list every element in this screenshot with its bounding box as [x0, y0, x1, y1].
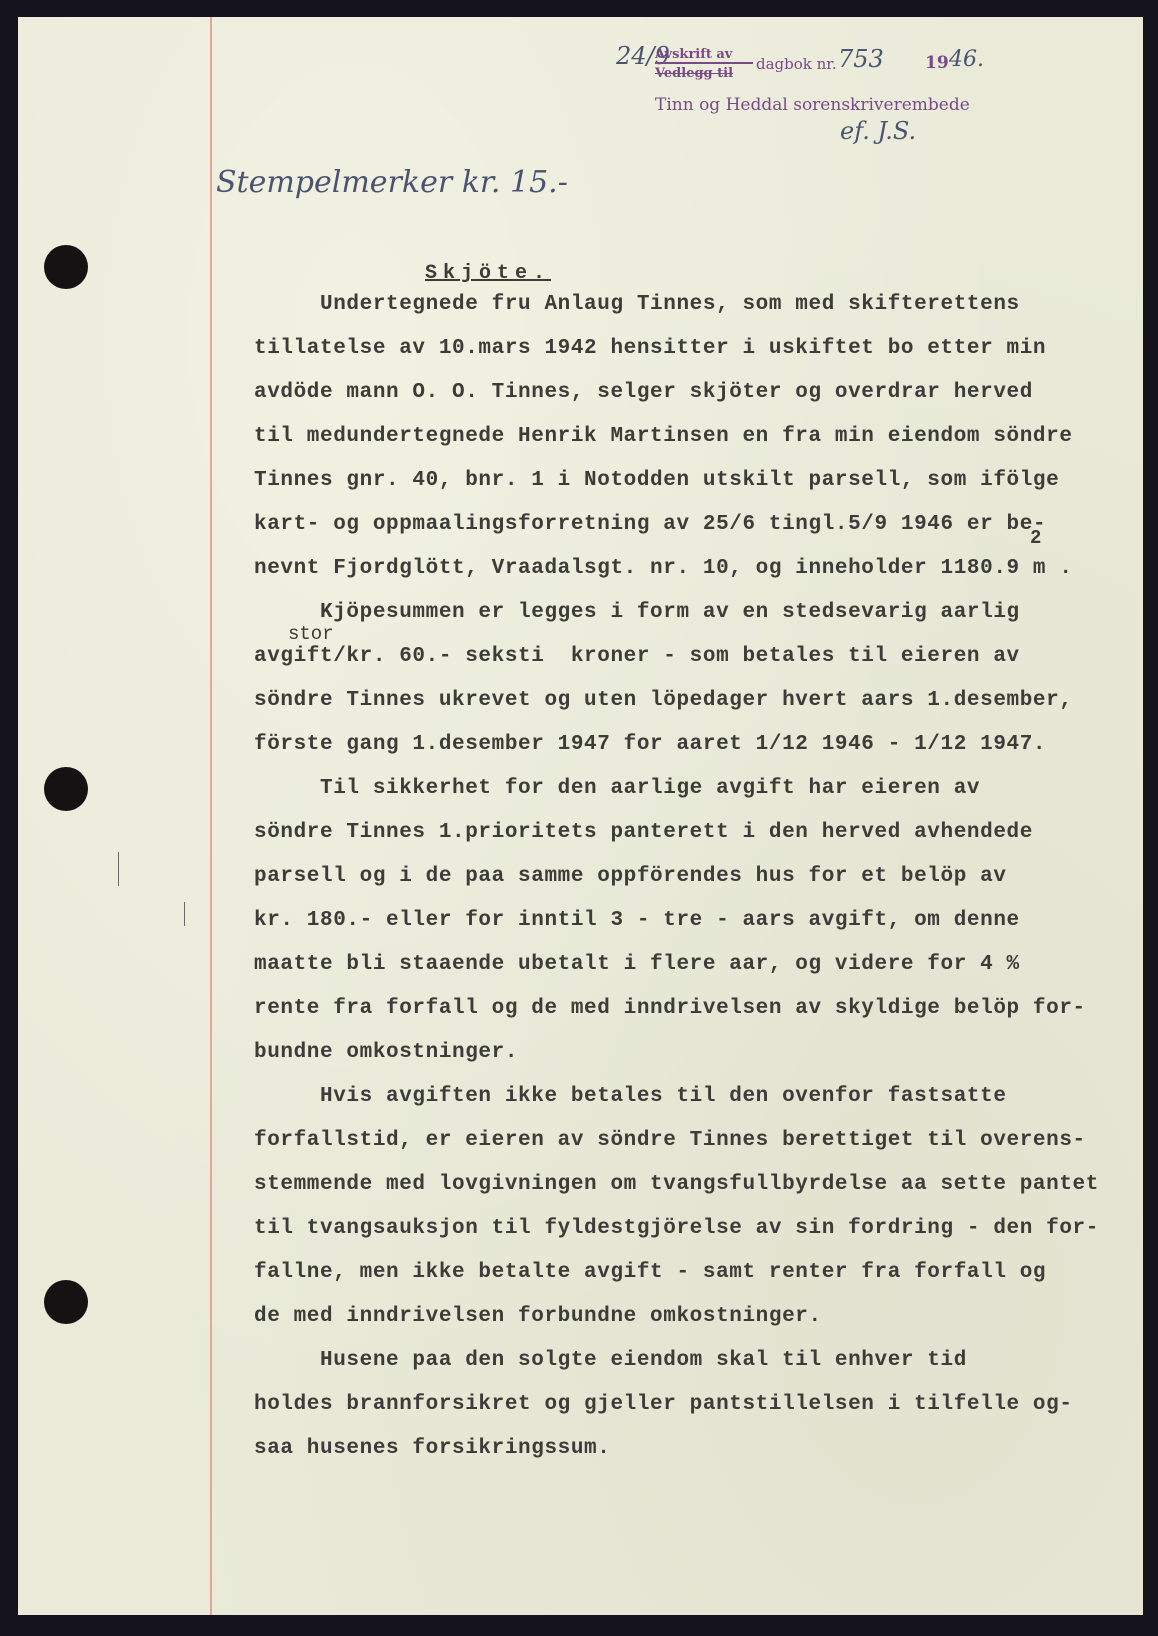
body-line: Hvis avgiften ikke betales til den ovenf… — [254, 1085, 1007, 1108]
body-line: söndre Tinnes ukrevet og uten löpedager … — [254, 689, 1073, 712]
punch-hole-icon — [44, 767, 88, 811]
body-line: Undertegnede fru Anlaug Tinnes, som med … — [254, 293, 1020, 316]
body-line: söndre Tinnes 1.prioritets panterett i d… — [254, 821, 1033, 844]
interlinear-insert: stor — [288, 623, 334, 645]
stamp-block: Avskrift av Vedlegg til — [655, 47, 753, 81]
year-prefix: 19 — [925, 53, 949, 73]
document-page: 24/9 Avskrift av Vedlegg til dagbok nr. … — [18, 17, 1143, 1615]
stamp-line2: Vedlegg til — [655, 66, 753, 81]
pencil-mark — [184, 902, 185, 926]
body-line: saa husenes forsikringssum. — [254, 1437, 610, 1460]
body-line: bundne omkostninger. — [254, 1041, 518, 1064]
body-line: Til sikkerhet for den aarlige avgift har… — [254, 777, 980, 800]
dagbok-number: 753 — [838, 45, 884, 73]
body-line: kart- og oppmaalingsforretning av 25/6 t… — [254, 513, 1046, 536]
body-line: de med inndrivelsen forbundne omkostning… — [254, 1305, 822, 1328]
body-line: förste gang 1.desember 1947 for aaret 1/… — [254, 733, 1046, 756]
punch-hole-icon — [44, 245, 88, 289]
office-name: Tinn og Heddal sorenskriverembede — [655, 95, 970, 115]
handwritten-note: Stempelmerker kr. 15.- — [216, 165, 568, 200]
superscript-2: 2 — [1030, 527, 1041, 549]
body-line: stemmende med lovgivningen om tvangsfull… — [254, 1173, 1099, 1196]
pencil-mark — [118, 852, 119, 886]
body-line: fallne, men ikke betalte avgift - samt r… — [254, 1261, 1046, 1284]
initials: ef. J.S. — [840, 117, 916, 145]
body-line: avdöde mann O. O. Tinnes, selger skjöter… — [254, 381, 1033, 404]
handwritten-date: 24/9 — [616, 45, 656, 67]
dagbok-label: dagbok nr. — [756, 55, 837, 73]
body-line: til tvangsauksjon til fyldestgjörelse av… — [254, 1217, 1099, 1240]
punch-hole-icon — [44, 1280, 88, 1324]
body-line: kr. 180.- eller for inntil 3 - tre - aar… — [254, 909, 1020, 932]
stamp-line1: Avskrift av — [655, 47, 753, 64]
body-line: Kjöpesummen er legges i form av en steds… — [254, 601, 1020, 624]
year-suffix: 46. — [949, 47, 984, 72]
body-line: forfallstid, er eieren av söndre Tinnes … — [254, 1129, 1086, 1152]
body-line: avgift/kr. 60.- seksti kroner - som beta… — [254, 645, 1020, 668]
body-line: til medundertegnede Henrik Martinsen en … — [254, 425, 1073, 448]
body-line: nevnt Fjordglött, Vraadalsgt. nr. 10, og… — [254, 557, 1073, 580]
body-line: rente fra forfall og de med inndrivelsen… — [254, 997, 1086, 1020]
body-line: tillatelse av 10.mars 1942 hensitter i u… — [254, 337, 1046, 360]
document-title: Skjöte. — [425, 262, 551, 285]
margin-line — [210, 17, 212, 1615]
body-line: Husene paa den solgte eiendom skal til e… — [254, 1349, 967, 1372]
body-line: parsell og i de paa samme oppförendes hu… — [254, 865, 1007, 888]
body-line: holdes brannforsikret og gjeller pantsti… — [254, 1393, 1073, 1416]
body-line: maatte bli staaende ubetalt i flere aar,… — [254, 953, 1020, 976]
body-line: Tinnes gnr. 40, bnr. 1 i Notodden utskil… — [254, 469, 1059, 492]
